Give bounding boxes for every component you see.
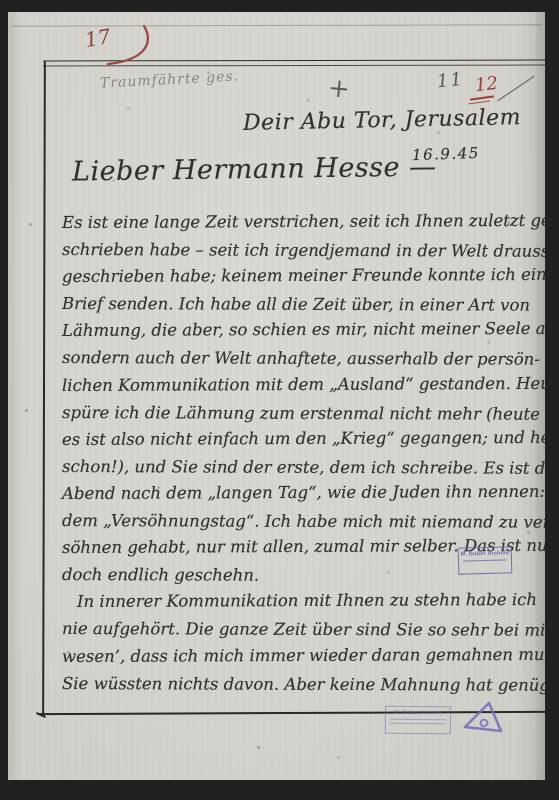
frame-left-rule <box>42 61 46 717</box>
handwriting-line: spüre ich die Lähmung zum erstenmal nich… <box>62 399 545 428</box>
archive-stamp-upper: M. Buber Archive <box>458 546 513 574</box>
handwriting-line: Abend nach dem „langen Tag“, wie die Jud… <box>62 478 545 507</box>
archive-stamp-label: M. Buber Archive <box>459 550 511 557</box>
archive-stamp-lower: M. Buber Archive <box>385 706 451 735</box>
letter-salutation: Lieber Hermann Hesse — <box>72 151 437 187</box>
paper-speckles <box>8 12 9 13</box>
triangle-stamp-icon <box>460 700 504 744</box>
letter-body: Es ist eine lange Zeit verstrichen, seit… <box>62 209 545 697</box>
handwriting-line: Es ist eine lange Zeit verstrichen, seit… <box>62 207 545 236</box>
archive-stamp-rule <box>390 723 446 724</box>
handwriting-line: sondern auch der Welt anhaftete, ausserh… <box>62 344 545 373</box>
foliation-number-red: 12 <box>474 73 499 96</box>
handwriting-line: wesen’, dass ich mich immer wieder daran… <box>62 640 545 669</box>
handwriting-line: lichen Kommunikation mit dem „Ausland“ g… <box>62 369 545 398</box>
letter-place-line: Deir Abu Tor, Jerusalem <box>243 105 521 136</box>
plus-mark: + <box>327 73 351 105</box>
stray-pen-stroke <box>497 76 534 102</box>
foliation-underline <box>468 100 490 104</box>
foliation-underline <box>470 95 494 100</box>
handwriting-line: In innerer Kommunikation mit Ihnen zu st… <box>77 586 545 615</box>
handwriting-line: es ist also nicht einfach um den „Krieg“… <box>62 424 545 453</box>
red-flourish-stroke <box>100 22 152 72</box>
foliation-number-gray: 11 <box>436 69 465 93</box>
archive-stamp-label: M. Buber Archive <box>386 710 450 717</box>
handwriting-line: Lähmung, die aber, so schien es mir, nic… <box>62 315 545 344</box>
scan-background: { "scan": { "page_number_annotation": "1… <box>0 0 559 800</box>
handwriting-line: geschrieben habe; keinem meiner Freunde … <box>62 261 545 290</box>
handwriting-line: nie aufgehört. Die ganze Zeit über sind … <box>62 615 545 644</box>
archive-stamp-rule <box>390 719 446 720</box>
scanned-page: 17 Traumfährte ges. + 11 12 Deir Abu Tor… <box>8 12 545 780</box>
archive-stamp-rule <box>463 559 507 561</box>
handwriting-line: Sie wüssten nichts davon. Aber keine Mah… <box>62 670 545 699</box>
